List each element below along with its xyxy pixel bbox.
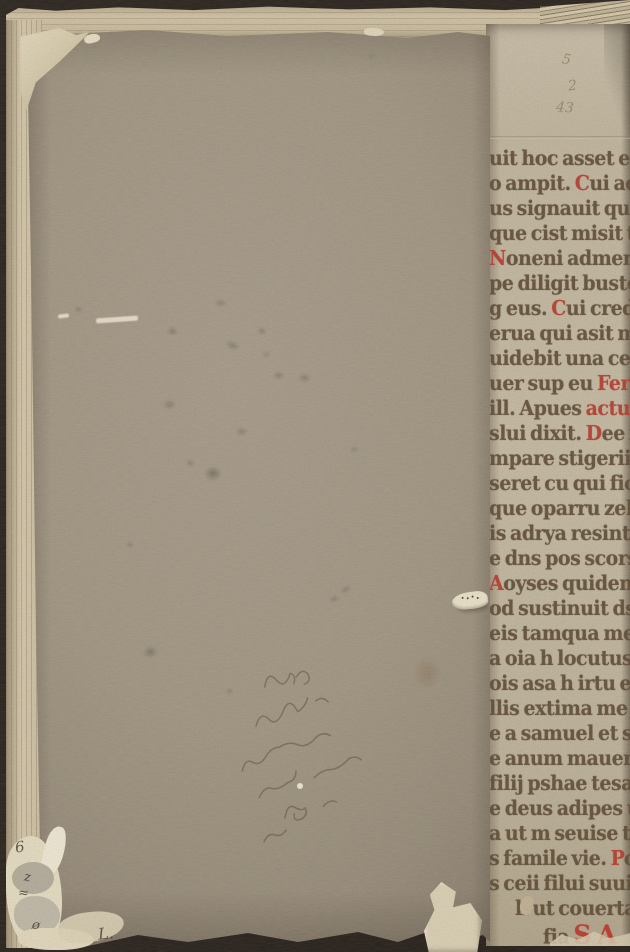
manuscript-line: o ampit. Cui actu bbox=[489, 171, 630, 198]
manuscript-line: pe diligit bustes bbox=[489, 271, 630, 298]
stain-brown bbox=[412, 656, 442, 690]
manuscript-text-lines: uit hoc asset et uo ampit. Cui actuus si… bbox=[489, 146, 630, 946]
manuscript-line: uit hoc asset et u bbox=[489, 146, 630, 173]
manuscript-line: s famile vie. Pob bbox=[489, 846, 630, 873]
stain bbox=[214, 299, 227, 307]
stain bbox=[74, 306, 83, 313]
manuscript-line: que oparru zehl q bbox=[489, 496, 630, 523]
manuscript-line: li ut couerta bbox=[489, 896, 630, 923]
manuscript-photograph: 5243 uit hoc asset et uo ampit. Cui actu… bbox=[0, 0, 630, 952]
stain bbox=[298, 373, 311, 383]
manuscript-line: ill. Apues actui bbox=[489, 396, 630, 423]
stain bbox=[167, 327, 178, 336]
manuscript-line: llis extima me o bbox=[489, 696, 630, 723]
manuscript-line: e a samuel et se bbox=[489, 721, 630, 748]
manuscript-line: us signauit quia bbox=[489, 196, 630, 223]
parchment-corner-shadow bbox=[604, 24, 630, 134]
manuscript-line: od sustinuit dste bbox=[489, 596, 630, 623]
parchment-crease bbox=[486, 136, 630, 139]
stain bbox=[126, 541, 134, 548]
marginal-mark: 5 bbox=[561, 51, 573, 68]
manuscript-line: ois asa h irtu e bbox=[489, 671, 630, 698]
manuscript-line: eis tamqua me bbox=[489, 621, 630, 648]
manuscript-line: erua qui asit mee bbox=[489, 321, 630, 348]
manuscript-line: a oia h locutus e bbox=[489, 646, 630, 673]
manuscript-line: slui dixit. Dee fra bbox=[489, 421, 630, 448]
stain bbox=[273, 371, 284, 380]
stain bbox=[350, 446, 359, 453]
stain bbox=[368, 54, 375, 59]
stain bbox=[262, 351, 271, 358]
manuscript-line: uidebit una cetera bbox=[489, 346, 630, 373]
manuscript-line: Aoyses quidem ta bbox=[489, 571, 630, 598]
manuscript-line: uer sup eu Feria u bbox=[489, 371, 630, 398]
manuscript-line: e anum mauer e bbox=[489, 746, 630, 773]
stain bbox=[185, 459, 195, 467]
manuscript-line: g eus. Cui credit i bbox=[489, 296, 630, 323]
manuscript-line: e dns pos scorsu bbox=[489, 546, 630, 573]
parchment-leaf: 5243 uit hoc asset et uo ampit. Cui actu… bbox=[486, 24, 630, 946]
stain bbox=[235, 427, 248, 436]
manuscript-line: filij pshae tesa bbox=[489, 771, 630, 798]
manuscript-line: seret cu qui fio bbox=[489, 471, 630, 498]
manuscript-line: s ceii filui suui te bbox=[489, 871, 630, 898]
chip-pen-dots bbox=[462, 597, 464, 599]
manuscript-line: Noneni admens bbox=[489, 246, 630, 273]
stain bbox=[257, 327, 267, 335]
manuscript-line: is adrya resintue bbox=[489, 521, 630, 548]
manuscript-line: e deus adipes ut bbox=[489, 796, 630, 823]
stain bbox=[163, 399, 176, 410]
stain bbox=[204, 466, 222, 481]
manuscript-line: que cist misit teue bbox=[489, 221, 630, 248]
marginal-mark: 2 bbox=[567, 78, 578, 95]
manuscript-line: mpare stigerii et bbox=[489, 446, 630, 473]
stain bbox=[143, 646, 158, 658]
manuscript-line: a ut m seuise tr bbox=[489, 821, 630, 848]
marginal-mark: 43 bbox=[555, 99, 574, 116]
